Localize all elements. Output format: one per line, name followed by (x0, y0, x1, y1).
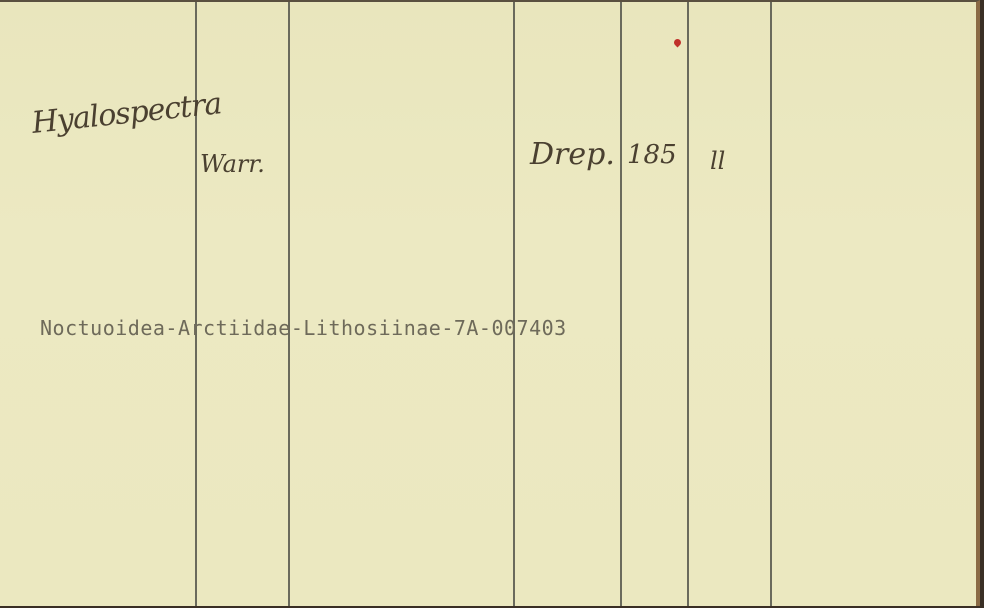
column-rule (288, 2, 290, 606)
annotation-mark: ll (710, 147, 725, 175)
column-rule (620, 2, 622, 606)
journal-reference: Drep. (530, 137, 615, 172)
red-mark (673, 38, 683, 48)
page-number: 185 (627, 140, 677, 170)
column-rule (770, 2, 772, 606)
genus-name: Hyalospectra (30, 86, 223, 141)
index-card: Hyalospectra Warr. Drep. 185 ll Noctuoid… (0, 0, 980, 606)
column-rule (513, 2, 515, 606)
classification-code: Noctuoidea-Arctiidae-Lithosiinae-7A-0074… (40, 316, 567, 340)
column-rule (687, 2, 689, 606)
author-name: Warr. (200, 150, 265, 178)
